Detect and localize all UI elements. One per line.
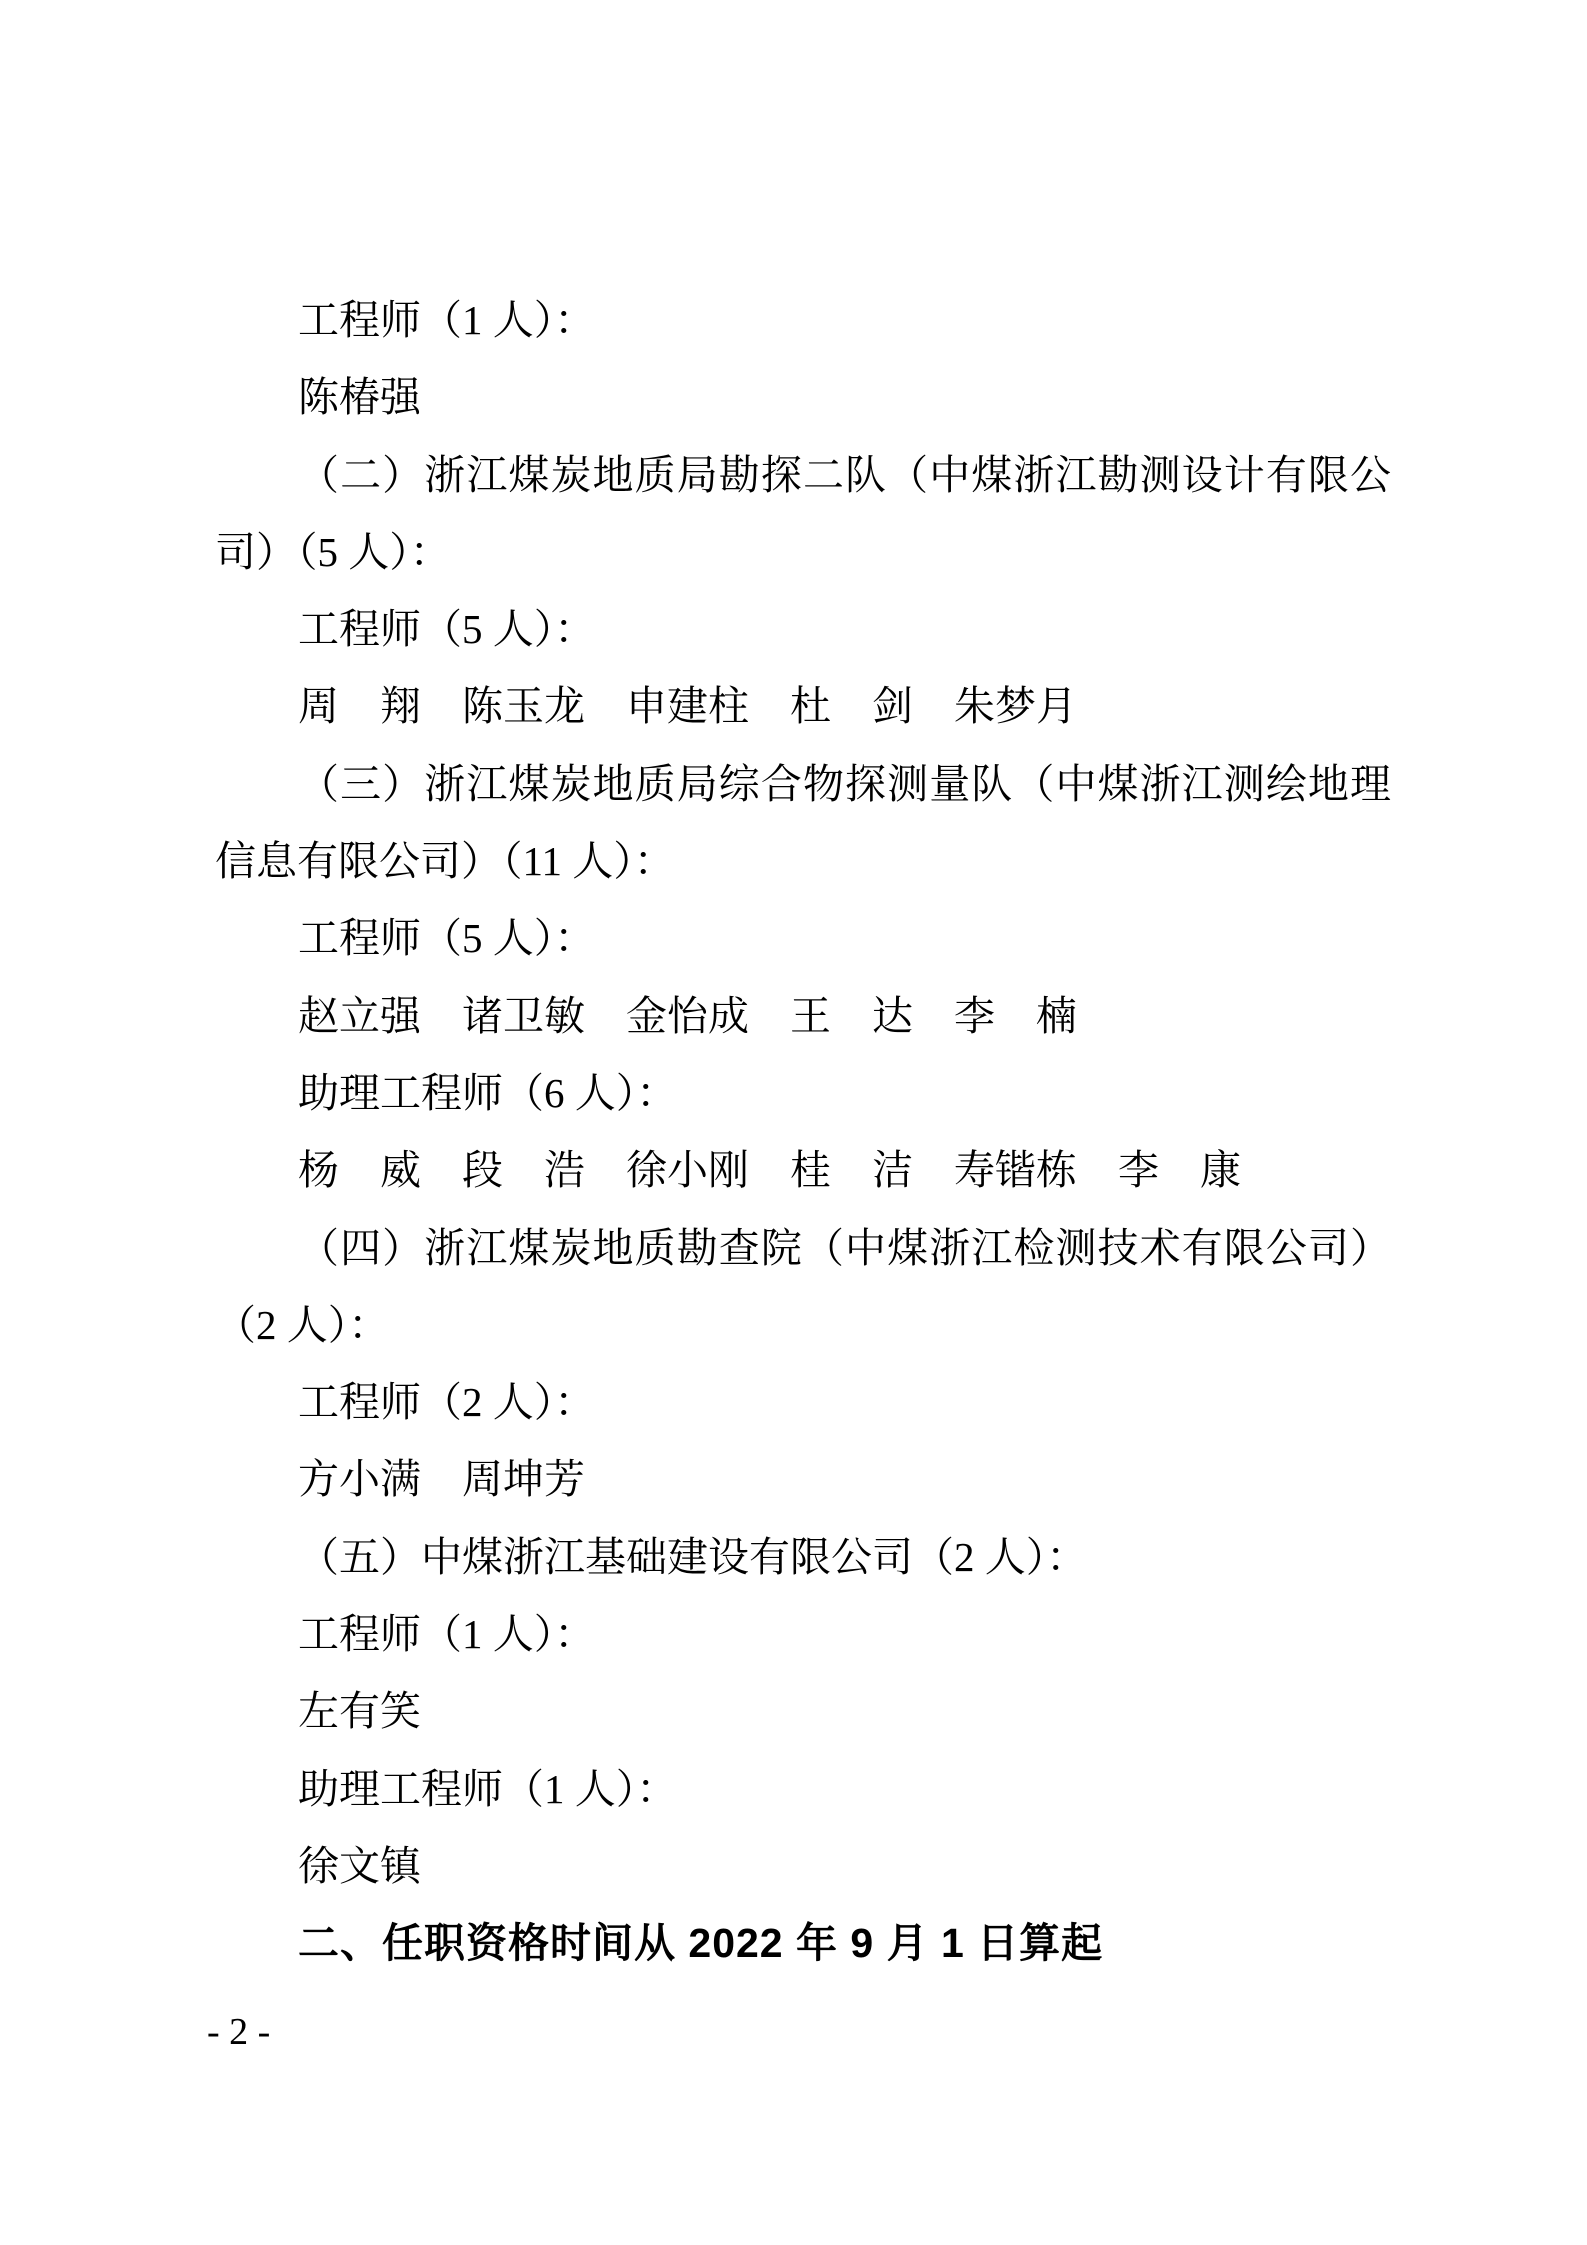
section-heading-4-continuation: （2 人）： (215, 1287, 1391, 1364)
rank-heading-engineer: 工程师（2 人）： (215, 1364, 1391, 1441)
section-heading-4: （四）浙江煤炭地质勘查院（中煤浙江检测技术有限公司） (215, 1210, 1391, 1287)
rank-heading-assistant-engineer: 助理工程师（6 人）： (215, 1055, 1391, 1132)
rank-heading-engineer: 工程师（1 人）： (215, 282, 1391, 359)
name-list-line: 周 翔 陈玉龙 申建柱 杜 剑 朱梦月 (215, 668, 1391, 745)
section-heading-2: （二）浙江煤炭地质局勘探二队（中煤浙江勘测设计有限公 (215, 437, 1391, 514)
section-heading-2-continuation: 司）（5 人）： (215, 514, 1391, 591)
document-body: 工程师（1 人）： 陈椿强 （二）浙江煤炭地质局勘探二队（中煤浙江勘测设计有限公… (215, 282, 1391, 1983)
rank-heading-engineer: 工程师（1 人）： (215, 1596, 1391, 1673)
name-list-line: 赵立强 诸卫敏 金怡成 王 达 李 楠 (215, 978, 1391, 1055)
name-list-line: 徐文镇 (215, 1828, 1391, 1905)
name-list-line: 杨 威 段 浩 徐小刚 桂 洁 寿锴栋 李 康 (215, 1132, 1391, 1209)
name-list-line: 陈椿强 (215, 359, 1391, 436)
section-heading-5: （五）中煤浙江基础建设有限公司（2 人）： (215, 1519, 1391, 1596)
document-page: 工程师（1 人）： 陈椿强 （二）浙江煤炭地质局勘探二队（中煤浙江勘测设计有限公… (0, 0, 1587, 2245)
page-number: - 2 - (207, 2010, 270, 2054)
section-heading-3-continuation: 信息有限公司）（11 人）： (215, 823, 1391, 900)
article-2-heading: 二、任职资格时间从 2022 年 9 月 1 日算起 (215, 1905, 1391, 1982)
section-heading-3: （三）浙江煤炭地质局综合物探测量队（中煤浙江测绘地理 (215, 746, 1391, 823)
rank-heading-engineer: 工程师（5 人）： (215, 900, 1391, 977)
rank-heading-assistant-engineer: 助理工程师（1 人）： (215, 1751, 1391, 1828)
rank-heading-engineer: 工程师（5 人）： (215, 591, 1391, 668)
name-list-line: 左有笑 (215, 1673, 1391, 1750)
name-list-line: 方小满 周坤芳 (215, 1441, 1391, 1518)
